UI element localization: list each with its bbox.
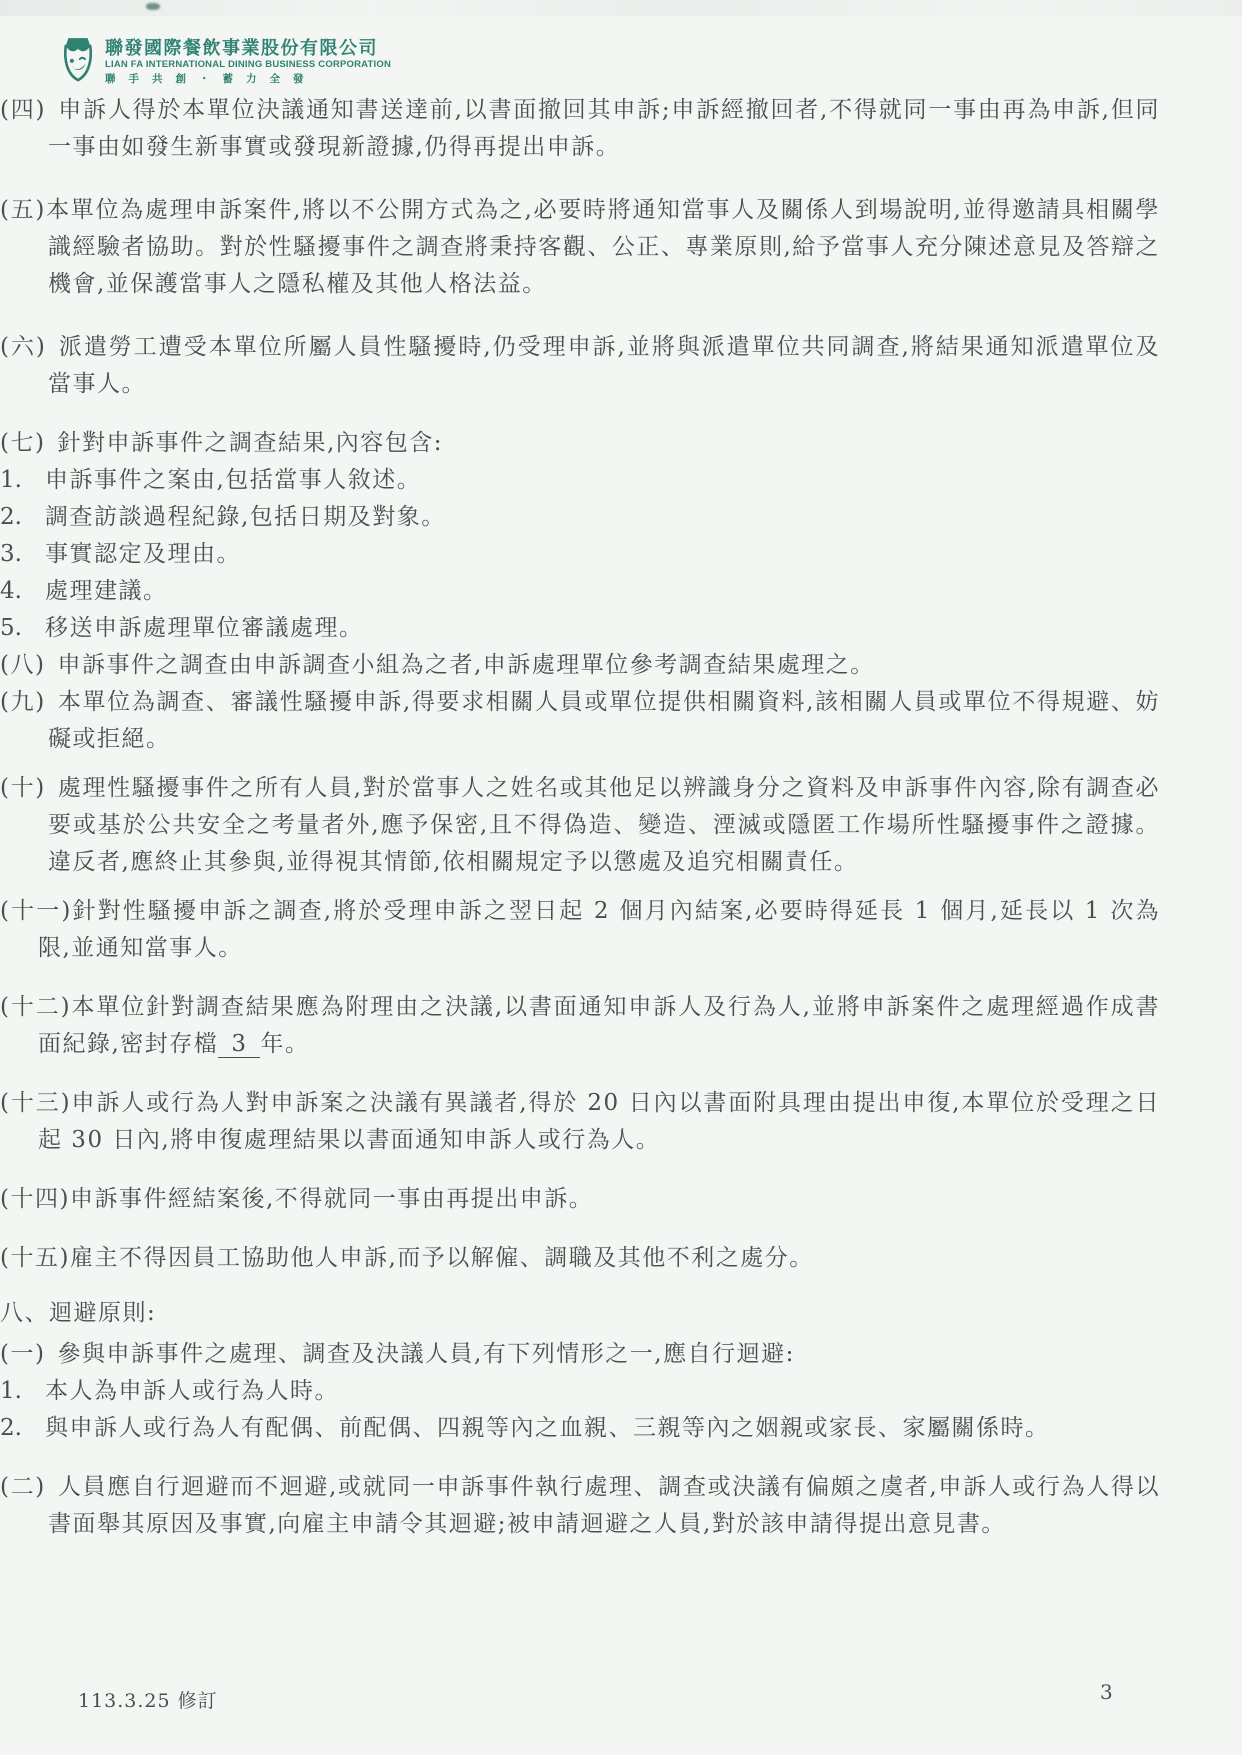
clause-label: (十一) [0, 898, 72, 924]
clause-label: (十五) [0, 1245, 70, 1271]
document-page: 聯發國際餐飲事業股份有限公司 LIAN FA INTERNATIONAL DIN… [0, 0, 1242, 1755]
clause-label: (八) [0, 652, 45, 678]
company-header: 聯發國際餐飲事業股份有限公司 LIAN FA INTERNATIONAL DIN… [57, 36, 391, 86]
section-8-clause-1-sub-2: 2.與申訴人或行為人有配偶、前配偶、四親等內之血親、三親等內之姻親或家長、家屬關… [0, 1410, 1160, 1447]
clause-text: 處理性騷擾事件之所有人員,對於當事人之姓名或其他足以辨識身分之資料及申訴事件內容… [48, 775, 1160, 875]
sub-item-text: 本人為申訴人或行為人時。 [45, 1378, 339, 1404]
clause-8: (八)申訴事件之調查由申訴調查小組為之者,申訴處理單位參考調查結果處理之。 [0, 647, 1160, 684]
filled-blank-value: 3 [218, 1031, 260, 1058]
sub-item-number: 4. [0, 573, 45, 610]
clause-4: (四)申訴人得於本單位決議通知書送達前,以書面撤回其申訴;申訴經撤回者,不得就同… [0, 92, 1160, 166]
section-8-heading: 八、迴避原則: [0, 1295, 1160, 1332]
clause-7-sub-1: 1.申訴事件之案由,包括當事人敘述。 [0, 462, 1160, 499]
clause-text: 本單位為處理申訴案件,將以不公開方式為之,必要時將通知當事人及關係人到場說明,並… [46, 197, 1160, 297]
clause-15: (十五)雇主不得因員工協助他人申訴,而予以解僱、調職及其他不利之處分。 [0, 1240, 1160, 1277]
clause-7-sub-3: 3.事實認定及理由。 [0, 536, 1160, 573]
clause-text: 人員應自行迴避而不迴避,或就同一申訴事件執行處理、調查或決議有偏頗之虞者,申訴人… [48, 1474, 1160, 1537]
clause-10: (十)處理性騷擾事件之所有人員,對於當事人之姓名或其他足以辨識身分之資料及申訴事… [0, 770, 1160, 881]
clause-text: 申訴人或行為人對申訴案之決議有異議者,得於 20 日內以書面附具理由提出申復,本… [38, 1090, 1160, 1153]
clause-text: 針對申訴事件之調查結果,內容包含: [57, 430, 443, 456]
clause-label: (七) [0, 430, 45, 456]
clause-label: (二) [0, 1474, 46, 1500]
clause-text: 派遣勞工遭受本單位所屬人員性騷擾時,仍受理申訴,並將與派遣單位共同調查,將結果通… [48, 334, 1160, 397]
sub-item-number: 5. [0, 610, 45, 647]
clause-14: (十四)申訴事件經結案後,不得就同一事由再提出申訴。 [0, 1181, 1160, 1218]
section-number: 八、 [0, 1300, 49, 1326]
section-8-clause-2: (二)人員應自行迴避而不迴避,或就同一申訴事件執行處理、調查或決議有偏頗之虞者,… [0, 1469, 1160, 1543]
document-body: (四)申訴人得於本單位決議通知書送達前,以書面撤回其申訴;申訴經撤回者,不得就同… [0, 92, 1160, 1543]
sub-item-text: 調查訪談過程紀錄,包括日期及對象。 [45, 504, 446, 530]
clause-text: 年。 [260, 1031, 309, 1057]
clause-label: (十四) [0, 1186, 70, 1212]
footer-revision-date: 113.3.25 修訂 [78, 1686, 218, 1713]
sub-item-number: 1. [0, 1373, 45, 1410]
clause-text: 針對性騷擾申訴之調查,將於受理申訴之翌日起 2 個月內結案,必要時得延長 1 個… [38, 898, 1160, 961]
clause-text: 申訴事件之調查由申訴調查小組為之者,申訴處理單位參考調查結果處理之。 [57, 652, 874, 678]
sub-item-text: 移送申訴處理單位審議處理。 [45, 615, 364, 641]
section-8-clause-1: (一)參與申訴事件之處理、調查及決議人員,有下列情形之一,應自行迴避: [0, 1336, 1160, 1373]
sub-item-number: 3. [0, 536, 45, 573]
company-name-en: LIAN FA INTERNATIONAL DINING BUSINESS CO… [105, 59, 391, 71]
sub-item-text: 事實認定及理由。 [45, 541, 241, 567]
clause-7-sub-4: 4.處理建議。 [0, 573, 1160, 610]
clause-6: (六)派遣勞工遭受本單位所屬人員性騷擾時,仍受理申訴,並將與派遣單位共同調查,將… [0, 329, 1160, 403]
clause-7-sub-5: 5.移送申訴處理單位審議處理。 [0, 610, 1160, 647]
clause-label: (十三) [0, 1090, 71, 1116]
sub-item-number: 2. [0, 1410, 45, 1447]
section-8-clause-1-sub-1: 1.本人為申訴人或行為人時。 [0, 1373, 1160, 1410]
clause-13: (十三)申訴人或行為人對申訴案之決議有異議者,得於 20 日內以書面附具理由提出… [0, 1085, 1160, 1159]
sub-item-text: 處理建議。 [45, 578, 168, 604]
sub-item-text: 與申訴人或行為人有配偶、前配偶、四親等內之血親、三親等內之姻親或家長、家屬關係時… [45, 1415, 1050, 1441]
company-tagline: 聯手共創・蓄力全發 [105, 72, 391, 86]
clause-text: 雇主不得因員工協助他人申訴,而予以解僱、調職及其他不利之處分。 [70, 1245, 814, 1271]
clause-label: (十) [0, 775, 46, 801]
sub-item-text: 申訴事件之案由,包括當事人敘述。 [45, 467, 421, 493]
clause-text: 申訴人得於本單位決議通知書送達前,以書面撤回其申訴;申訴經撤回者,不得就同一事由… [48, 97, 1160, 160]
clause-11: (十一)針對性騷擾申訴之調查,將於受理申訴之翌日起 2 個月內結案,必要時得延長… [0, 893, 1160, 967]
company-header-text: 聯發國際餐飲事業股份有限公司 LIAN FA INTERNATIONAL DIN… [105, 36, 391, 86]
clause-7: (七)針對申訴事件之調查結果,內容包含: [0, 425, 1160, 462]
footer-page-number: 3 [1100, 1680, 1113, 1704]
clause-label: (六) [0, 334, 46, 360]
clause-label: (十二) [0, 994, 71, 1020]
clause-label: (九) [0, 689, 46, 715]
clause-9: (九)本單位為調查、審議性騷擾申訴,得要求相關人員或單位提供相關資料,該相關人員… [0, 684, 1160, 758]
scan-artifact-speck [146, 3, 160, 10]
clause-5: (五)本單位為處理申訴案件,將以不公開方式為之,必要時將通知當事人及關係人到場說… [0, 192, 1160, 303]
jar-mascot-icon [57, 36, 99, 84]
clause-label: (五) [0, 197, 46, 223]
clause-label: (四) [0, 97, 46, 123]
company-name: 聯發國際餐飲事業股份有限公司 [105, 38, 391, 59]
clause-text: 本單位針對調查結果應為附理由之決議,以書面通知申訴人及行為人,並將申訴案件之處理… [38, 994, 1160, 1057]
clause-label: (一) [0, 1341, 45, 1367]
sub-item-number: 1. [0, 462, 45, 499]
sub-item-number: 2. [0, 499, 45, 536]
clause-text: 申訴事件經結案後,不得就同一事由再提出申訴。 [70, 1186, 593, 1212]
section-title: 迴避原則: [49, 1300, 156, 1326]
clause-12: (十二)本單位針對調查結果應為附理由之決議,以書面通知申訴人及行為人,並將申訴案… [0, 989, 1160, 1063]
clause-7-sub-2: 2.調查訪談過程紀錄,包括日期及對象。 [0, 499, 1160, 536]
clause-text: 參與申訴事件之處理、調查及決議人員,有下列情形之一,應自行迴避: [57, 1341, 794, 1367]
scan-artifact-top [0, 0, 1242, 16]
clause-text: 本單位為調查、審議性騷擾申訴,得要求相關人員或單位提供相關資料,該相關人員或單位… [48, 689, 1160, 752]
